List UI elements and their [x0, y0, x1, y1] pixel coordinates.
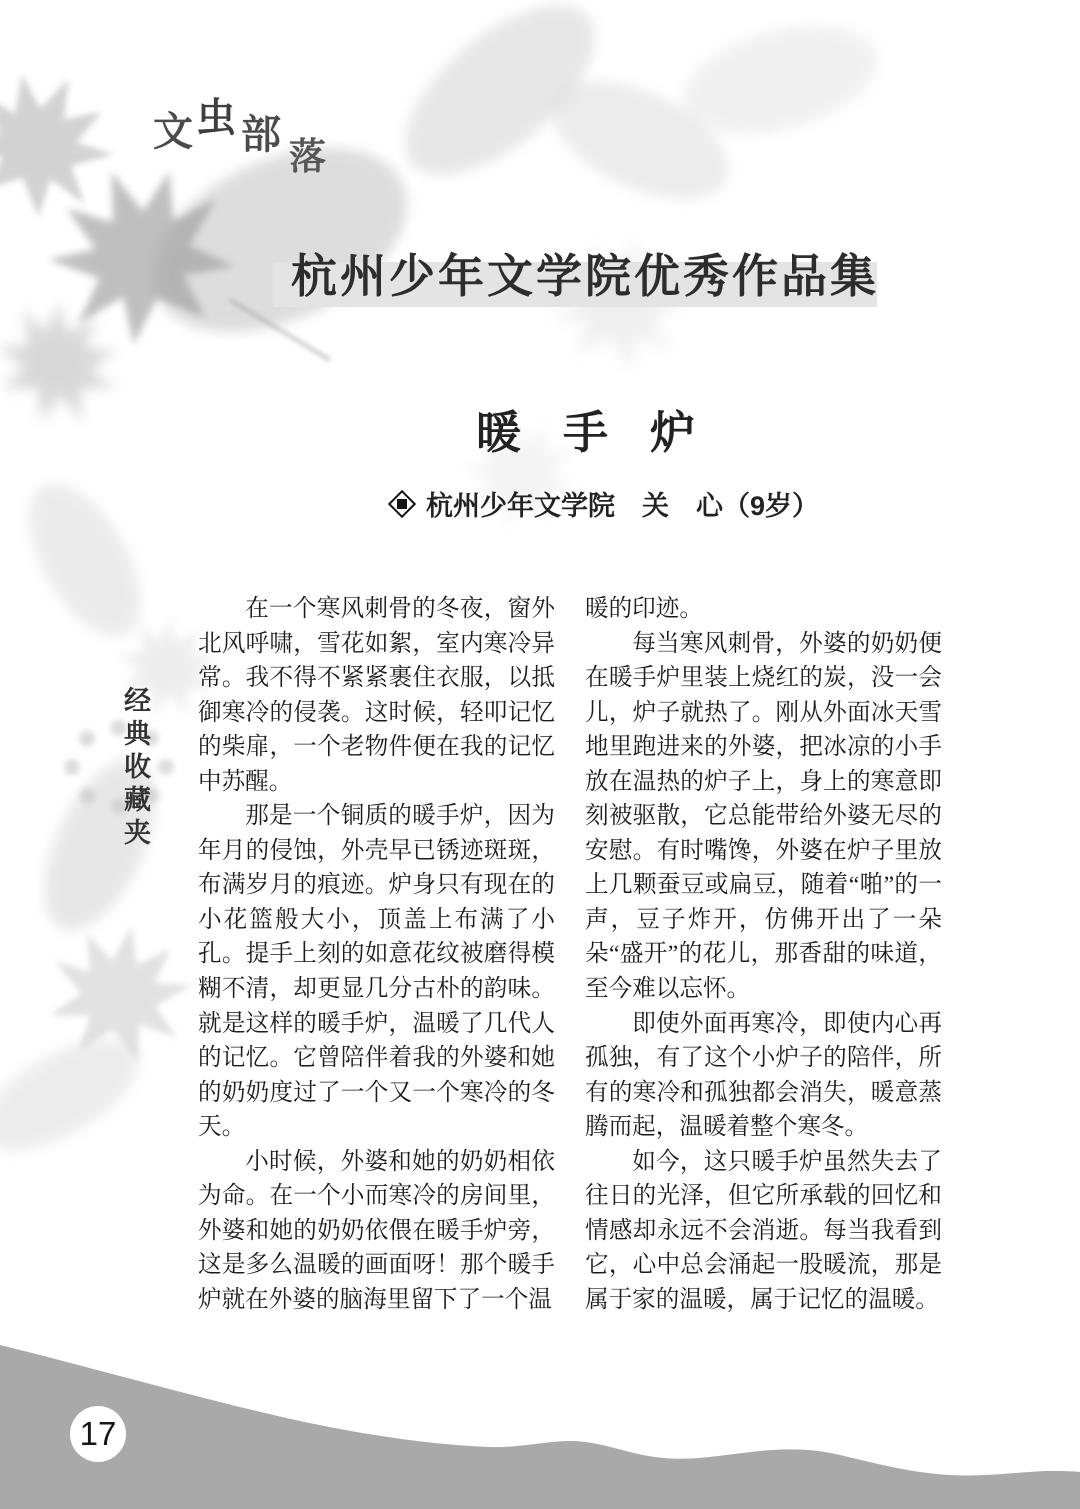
paragraph: 在一个寒风刺骨的冬夜，窗外北风呼啸，雪花如絮，室内寒冷异常。我不得不紧紧裹住衣服…	[198, 592, 555, 799]
magazine-page: 文 虫 部 落 杭州少年文学院优秀作品集 暖手炉 杭州少年文学院 关 心（9岁）…	[0, 0, 1080, 1509]
body-column-left: 在一个寒风刺骨的冬夜，窗外北风呼啸，雪花如絮，室内寒冷异常。我不得不紧紧裹住衣服…	[198, 592, 555, 1317]
diamond-bullet-icon	[388, 489, 416, 517]
byline-text: 杭州少年文学院 关 心（9岁）	[426, 484, 819, 523]
article-title-char: 炉	[650, 407, 695, 458]
paragraph: 每当寒风刺骨，外婆的奶奶便在暖手炉里装上烧红的炭，没一会儿，炉子就热了。刚从外面…	[585, 627, 942, 1007]
article-title-char: 暖	[476, 407, 521, 458]
article-title-char: 手	[563, 407, 608, 458]
logo-char: 虫	[196, 86, 236, 143]
byline: 杭州少年文学院 关 心（9岁）	[390, 484, 819, 523]
sidebar-vertical-label: 经典收藏夹	[116, 686, 155, 851]
series-title: 杭州少年文学院优秀作品集	[291, 240, 879, 306]
logo-char: 部	[241, 103, 281, 160]
paragraph: 如今，这只暖手炉虽然失去了往日的光泽，但它所承载的回忆和情感却永远不会消逝。每当…	[585, 1145, 942, 1318]
logo-char: 文	[153, 100, 193, 157]
paragraph: 即使外面再寒冷，即使内心再孤独，有了这个小炉子的陪伴，所有的寒冷和孤独都会消失，…	[585, 1007, 942, 1145]
bottom-wave-decor	[0, 1329, 1080, 1509]
article-title: 暖手炉	[476, 396, 695, 461]
diamond-bullet-inner	[397, 499, 407, 509]
body-column-right: 暖的印迹。 每当寒风刺骨，外婆的奶奶便在暖手炉里装上烧红的炭，没一会儿，炉子就热…	[585, 592, 942, 1317]
paragraph: 那是一个铜质的暖手炉，因为年月的侵蚀，外壳早已锈迹斑斑，布满岁月的痕迹。炉身只有…	[198, 799, 555, 1144]
logo-char: 落	[289, 126, 326, 180]
paragraph-continuation: 暖的印迹。	[585, 592, 942, 627]
page-number: 17	[80, 1415, 117, 1453]
paragraph: 小时候，外婆和她的奶奶相依为命。在一个小而寒冷的房间里，外婆和她的奶奶依偎在暖手…	[198, 1145, 555, 1318]
page-number-badge: 17	[70, 1406, 126, 1462]
